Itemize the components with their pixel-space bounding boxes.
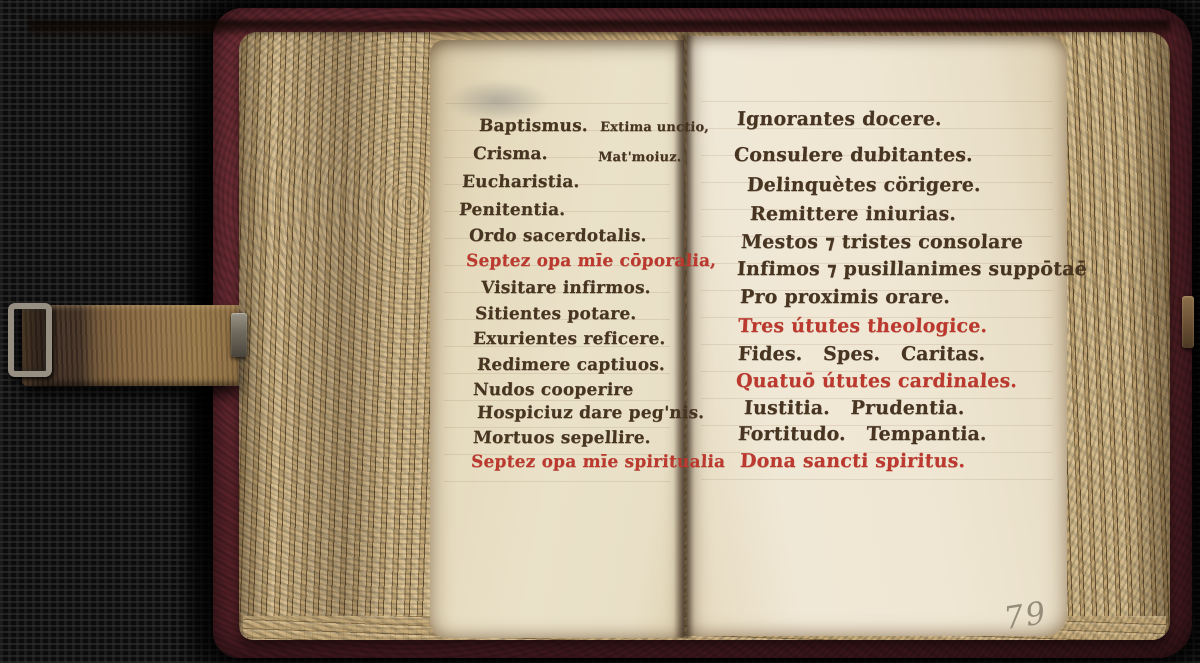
manuscript-line: Mestos ⁊ tristes consolare xyxy=(740,231,1023,253)
manuscript-line: Infimos ⁊ pusillanimes suppōtaē xyxy=(736,258,1087,280)
manuscript-line: Dona sancti spiritus. xyxy=(739,450,966,472)
clasp-catch-right xyxy=(1182,296,1194,348)
manuscript-line: Iustitia. Prudentia. xyxy=(743,397,965,419)
manuscript-line: Quatuō útutes cardinales. xyxy=(735,370,1017,392)
page-number: 79 xyxy=(1001,595,1050,637)
manuscript-line: Tres útutes theologice. xyxy=(737,315,988,337)
manuscript-line: Delinquètes cörigere. xyxy=(746,174,981,196)
manuscript-line: Pro proximis orare. xyxy=(739,286,950,308)
manuscript-line: Fides. Spes. Caritas. xyxy=(737,343,986,365)
manuscript-line: Ignorantes docere. xyxy=(736,108,942,130)
manuscript-line: Fortitudo. Tempantia. xyxy=(737,423,987,445)
leather-strap xyxy=(22,305,239,386)
photo-background: Baptismus.Extima unctio,Crisma.Mat'moiuz… xyxy=(0,0,1200,663)
manuscript-line: Remittere iniurias. xyxy=(749,203,956,225)
clasp-catch-left xyxy=(231,313,247,357)
strap-buckle xyxy=(8,303,52,377)
manuscript-line: Consulere dubitantes. xyxy=(733,144,973,166)
